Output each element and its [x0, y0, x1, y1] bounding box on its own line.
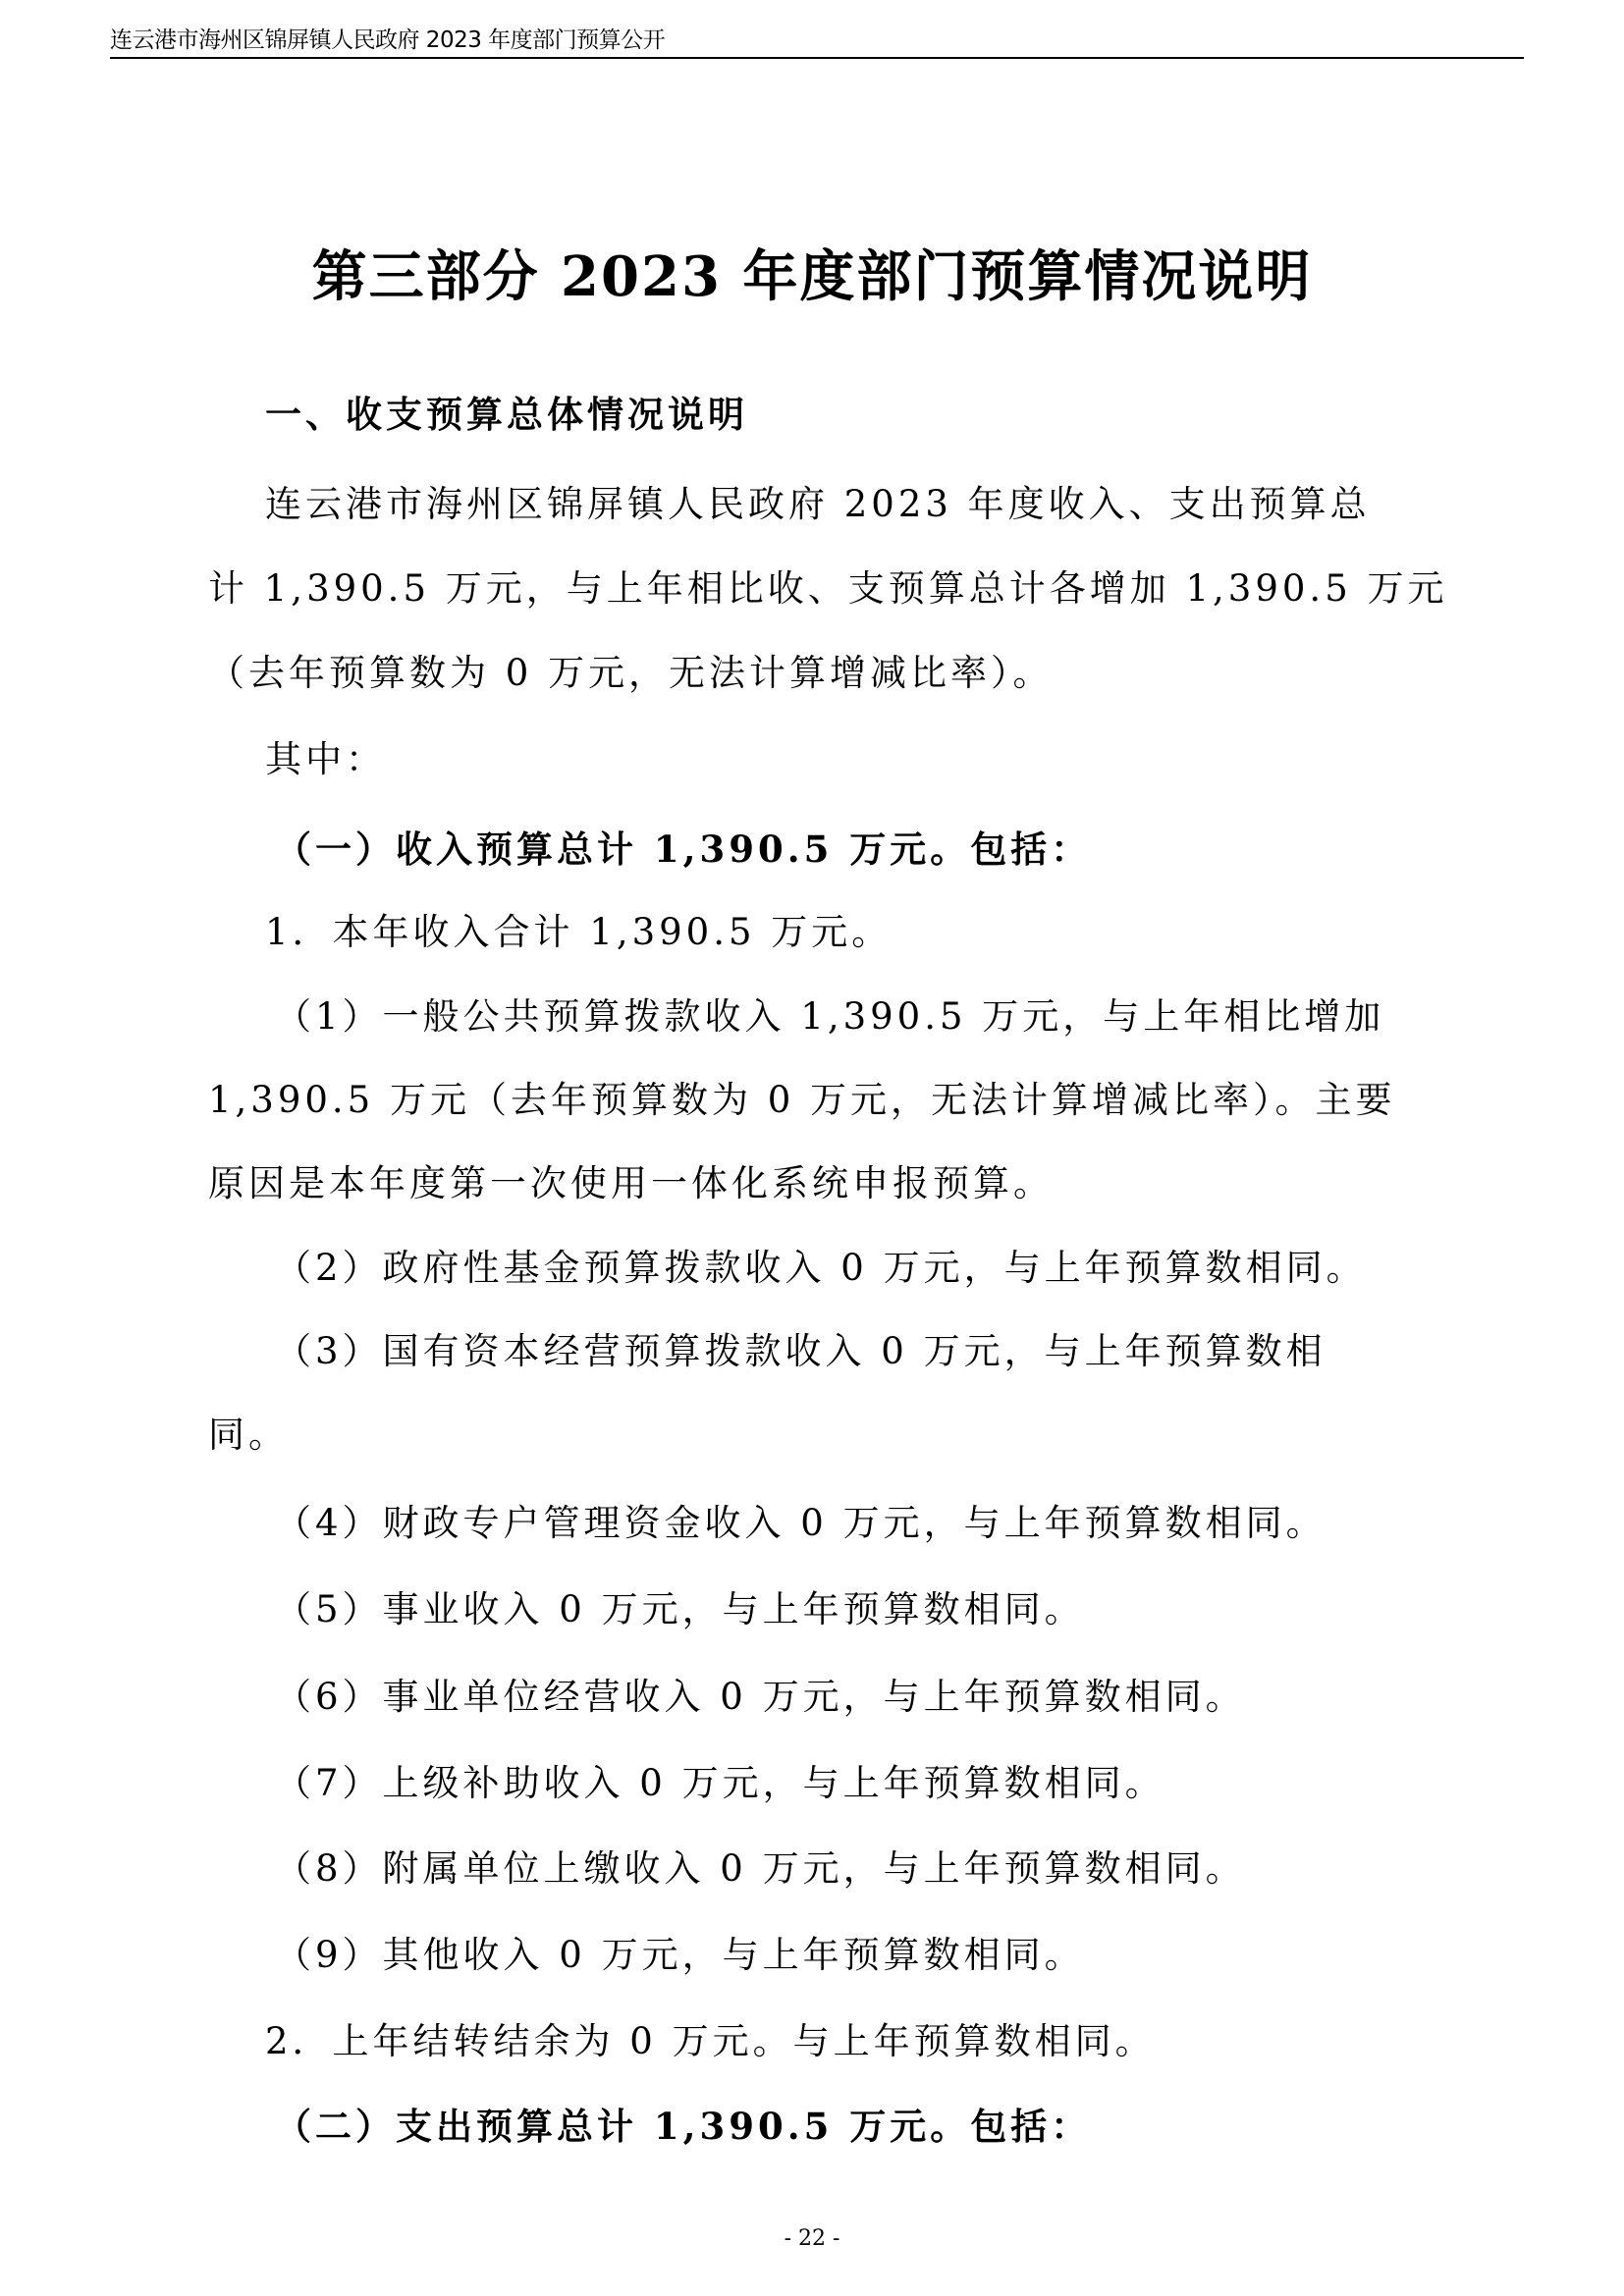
list-item: （7）上级补助收入 0 万元，与上年预算数相同。	[275, 1762, 1165, 1805]
list-item: 1,390.5 万元（去年预算数为 0 万元，无法计算增减比率）。主要	[208, 1079, 1396, 1122]
paragraph-line: 连云港市海州区锦屏镇人民政府 2023 年度收入、支出预算总	[265, 483, 1371, 526]
list-item: 2．上年结转结余为 0 万元。与上年预算数相同。	[265, 2020, 1156, 2063]
list-item: （8）附属单位上缴收入 0 万元，与上年预算数相同。	[275, 1847, 1246, 1891]
section-heading: 一、收支预算总体情况说明	[265, 393, 748, 436]
list-item: （3）国有资本经营预算拨款收入 0 万元，与上年预算数相	[275, 1330, 1326, 1373]
page-title: 第三部分 2023 年度部门预算情况说明	[0, 234, 1624, 312]
header-rule	[110, 57, 1524, 59]
list-item: （9）其他收入 0 万元，与上年预算数相同。	[275, 1934, 1085, 1977]
income-heading: （一）收入预算总计 1,390.5 万元。包括：	[275, 828, 1091, 871]
paragraph-line: （去年预算数为 0 万元，无法计算增减比率）。	[208, 652, 1054, 695]
list-item: （5）事业收入 0 万元，与上年预算数相同。	[275, 1588, 1085, 1631]
list-item: 1．本年收入合计 1,390.5 万元。	[265, 911, 892, 954]
paragraph-line: 其中：	[265, 738, 386, 781]
list-item: （1）一般公共预算拨款收入 1,390.5 万元，与上年相比增加	[275, 995, 1384, 1039]
list-item: 同。	[208, 1414, 289, 1457]
running-header: 连云港市海州区锦屏镇人民政府 2023 年度部门预算公开	[110, 22, 665, 54]
expense-heading: （二）支出预算总计 1,390.5 万元。包括：	[275, 2105, 1091, 2148]
list-item: （4）财政专户管理资金收入 0 万元，与上年预算数相同。	[275, 1502, 1326, 1545]
list-item: （6）事业单位经营收入 0 万元，与上年预算数相同。	[275, 1676, 1246, 1719]
list-item: 原因是本年度第一次使用一体化系统申报预算。	[208, 1162, 1054, 1205]
paragraph-line: 计 1,390.5 万元，与上年相比收、支预算总计各增加 1,390.5 万元	[208, 567, 1448, 611]
list-item: （2）政府性基金预算拨款收入 0 万元，与上年预算数相同。	[275, 1247, 1367, 1290]
page-number: - 22 -	[0, 2226, 1624, 2251]
